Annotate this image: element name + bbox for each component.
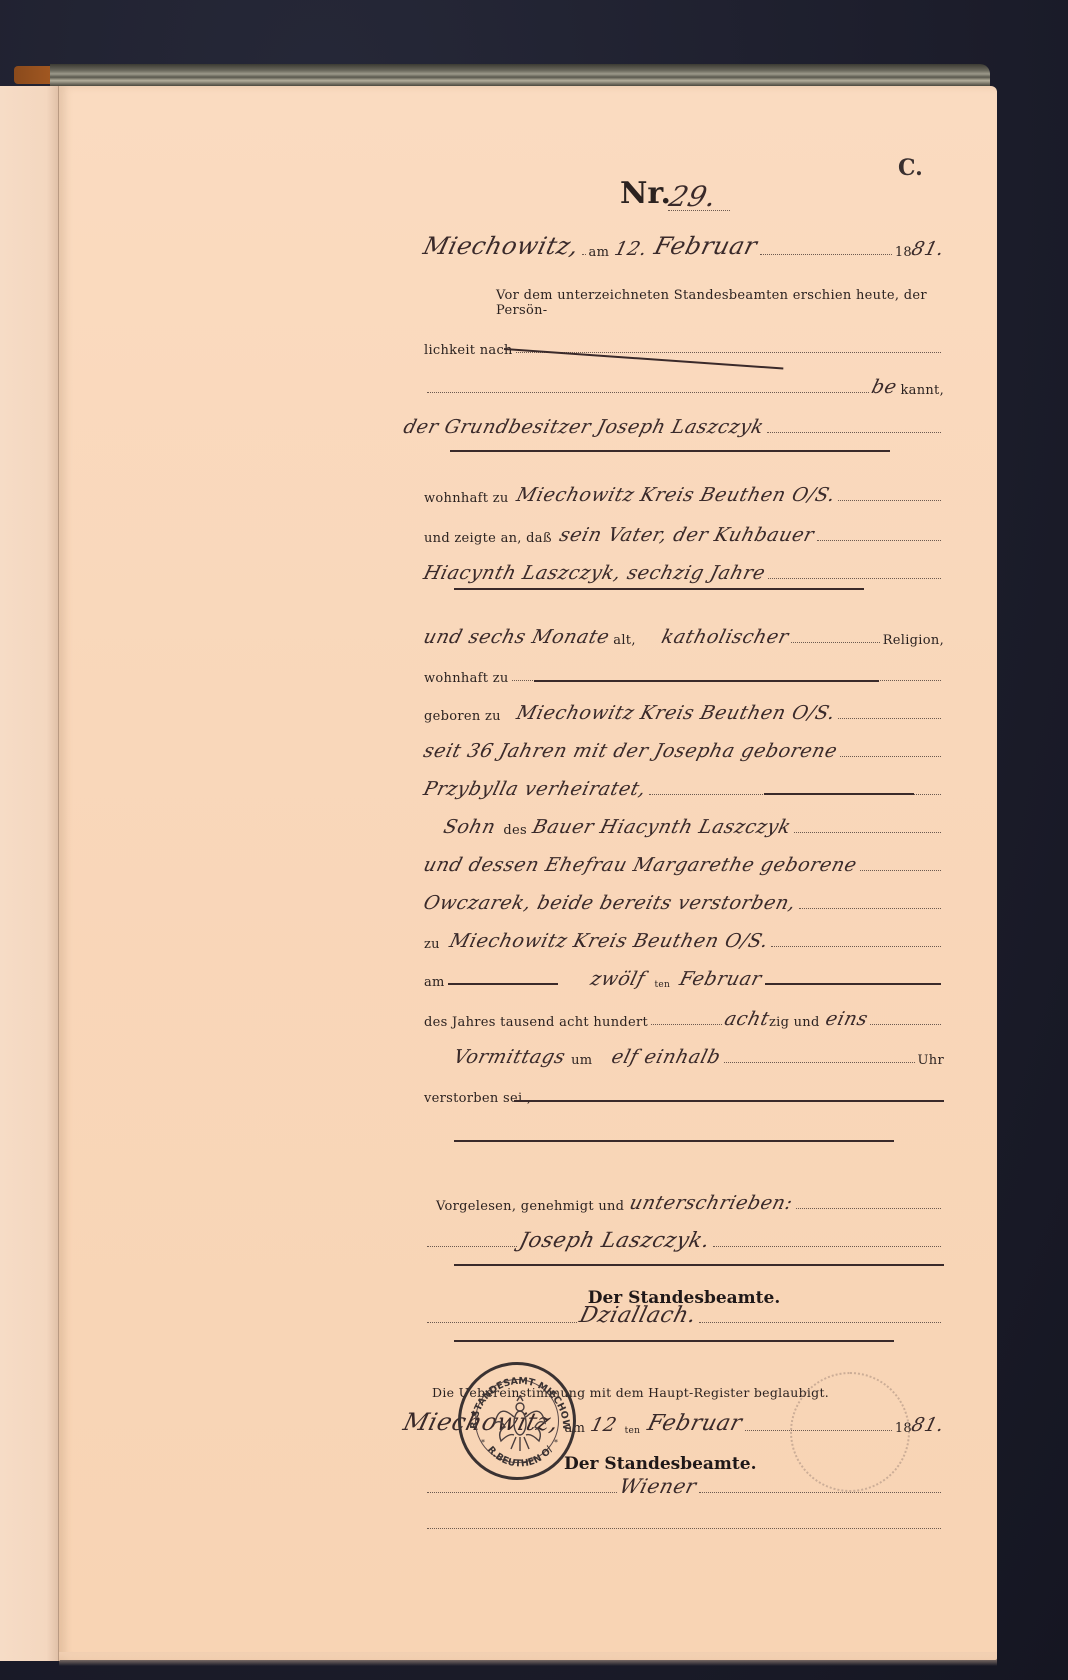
declarant-signature: Joseph Laszczyk. bbox=[517, 1228, 713, 1252]
svg-text:K.PR.STANDESAMT MIECHOWITZ: K.PR.STANDESAMT MIECHOWITZ bbox=[461, 1365, 571, 1431]
left-page-margin bbox=[0, 86, 60, 1661]
death-month: Februar bbox=[677, 968, 764, 990]
hand-text: eins bbox=[823, 1008, 870, 1030]
dots bbox=[838, 500, 941, 501]
line-declarant: der Grundbesitzer Joseph Laszczyk bbox=[424, 410, 944, 438]
rule bbox=[454, 1140, 894, 1142]
dots bbox=[840, 756, 941, 757]
cert-year-suffix: 81. bbox=[909, 1414, 947, 1436]
line-declarant-signature: Joseph Laszczyk. bbox=[424, 1224, 944, 1252]
line-age-religion: und sechs Monate alt, katholischer Relig… bbox=[424, 620, 944, 648]
dots bbox=[427, 1528, 941, 1529]
rule bbox=[454, 588, 864, 590]
line-marriage: seit 36 Jahren mit der Josepha geborene bbox=[424, 734, 944, 762]
print-text: Religion, bbox=[883, 633, 944, 648]
death-day: zwölf bbox=[588, 968, 647, 990]
hand-text: Owczarek, beide bereits verstorben, bbox=[421, 892, 798, 914]
print-text: wohnhaft zu bbox=[424, 491, 509, 506]
hand-text: be bbox=[869, 376, 899, 398]
page-letter: C. bbox=[898, 155, 923, 181]
header-date-line: Miechowitz, am 12. Februar 18 81. bbox=[424, 232, 944, 260]
dots bbox=[427, 1322, 577, 1323]
dots bbox=[838, 718, 941, 719]
dots bbox=[771, 946, 941, 947]
dots bbox=[760, 254, 892, 255]
print-text: verstorben sei , bbox=[424, 1091, 531, 1106]
deceased-name: Hiacynth Laszczyk, sechzig Jahre bbox=[421, 562, 768, 584]
print-text: wohnhaft zu bbox=[424, 671, 509, 686]
line-personality: lichkeit nach bbox=[424, 330, 944, 358]
print-text: des Jahres tausend acht hundert bbox=[424, 1015, 648, 1030]
line-known: be kannt, bbox=[424, 370, 944, 398]
dots bbox=[817, 540, 941, 541]
line-death-place: zu Miechowitz Kreis Beuthen O/S. bbox=[424, 924, 944, 952]
rule bbox=[454, 1340, 894, 1342]
rule bbox=[454, 1264, 944, 1266]
print-text: alt, bbox=[613, 633, 635, 648]
dots bbox=[427, 1492, 617, 1493]
cert-day-suffix: ten bbox=[625, 1426, 641, 1436]
header-month: Februar bbox=[652, 232, 761, 260]
print-text: Vorgelesen, genehmigt und bbox=[436, 1199, 624, 1214]
dots bbox=[651, 1024, 722, 1025]
cert-month: Februar bbox=[645, 1411, 745, 1436]
dots bbox=[699, 1492, 941, 1493]
dots bbox=[791, 642, 879, 643]
hand-text: acht bbox=[722, 1008, 772, 1030]
print-text: am bbox=[424, 975, 445, 990]
entry-number-label: Nr. bbox=[620, 176, 671, 211]
dots bbox=[767, 432, 941, 433]
dots bbox=[870, 1024, 941, 1025]
hand-text: Sohn bbox=[441, 816, 498, 838]
header-year-suffix: 81. bbox=[909, 238, 947, 260]
death-hour: elf einhalb bbox=[610, 1046, 724, 1068]
header-am: am bbox=[589, 245, 610, 260]
line-read-approved: Vorgelesen, genehmigt und unterschrieben… bbox=[424, 1186, 944, 1214]
line-death-time: Vormittags um elf einhalb Uhr bbox=[424, 1040, 944, 1068]
official-signature: Dziallach. bbox=[577, 1303, 699, 1328]
line-married: Przybylla verheiratet, bbox=[424, 772, 944, 800]
print-text: geboren zu bbox=[424, 709, 501, 724]
cert-official-signature: Wiener bbox=[617, 1474, 699, 1498]
hand-text: Przybylla verheiratet, bbox=[421, 778, 648, 800]
dots bbox=[427, 392, 869, 393]
entry-number-dots bbox=[668, 210, 730, 211]
hand-text: und sechs Monate bbox=[421, 626, 612, 648]
print-text: zu bbox=[424, 937, 440, 952]
header-day: 12. bbox=[612, 238, 650, 260]
dots bbox=[794, 832, 941, 833]
official-seal-stamp: K.PR.STANDESAMT MIECHOWITZ KR.BEUTHEN O/… bbox=[458, 1362, 576, 1480]
hand-text: Miechowitz Kreis Beuthen O/S. bbox=[514, 702, 838, 724]
line-announced: und zeigte an, daß sein Vater, der Kuhba… bbox=[424, 518, 944, 546]
hand-text: Miechowitz Kreis Beuthen O/S. bbox=[514, 484, 838, 506]
declarant-name: der Grundbesitzer Joseph Laszczyk bbox=[401, 416, 766, 438]
line-birthplace: geboren zu Miechowitz Kreis Beuthen O/S. bbox=[424, 696, 944, 724]
line-mother: und dessen Ehefrau Margarethe geborene bbox=[424, 848, 944, 876]
header-place: Miechowitz, bbox=[421, 232, 583, 260]
svg-text:*: * bbox=[481, 1438, 485, 1447]
print-text: kannt, bbox=[900, 383, 944, 398]
print-text: um bbox=[571, 1053, 592, 1068]
dots bbox=[699, 1322, 941, 1323]
prussian-eagle-icon: K.PR.STANDESAMT MIECHOWITZ KR.BEUTHEN O/… bbox=[461, 1365, 579, 1483]
cert-day: 12 bbox=[588, 1414, 619, 1436]
line-deceased-name: Hiacynth Laszczyk, sechzig Jahre bbox=[424, 556, 944, 584]
rule bbox=[534, 680, 879, 682]
line-death-year: des Jahres tausend acht hundert acht zig… bbox=[424, 1002, 944, 1030]
print-text: und zeigte an, daß bbox=[424, 531, 552, 546]
line-death-date: am zwölf ten Februar bbox=[424, 962, 944, 990]
dots bbox=[768, 578, 941, 579]
dots bbox=[796, 1208, 941, 1209]
death-time-period: Vormittags bbox=[451, 1046, 568, 1068]
dots bbox=[582, 254, 586, 255]
dots bbox=[860, 870, 941, 871]
intro-text: Vor dem unterzeichneten Standesbeamten e… bbox=[496, 288, 944, 318]
dots bbox=[724, 1062, 915, 1063]
entry-number-value: 29. bbox=[666, 180, 721, 213]
dots bbox=[427, 1246, 517, 1247]
dots bbox=[713, 1246, 941, 1247]
dots bbox=[765, 983, 941, 985]
line-mother-maiden: Owczarek, beide bereits verstorben, bbox=[424, 886, 944, 914]
line-cert-blank bbox=[424, 1506, 944, 1534]
dots bbox=[799, 908, 941, 909]
intro-line: Vor dem unterzeichneten Standesbeamten e… bbox=[424, 290, 944, 318]
print-text: lichkeit nach bbox=[424, 343, 513, 358]
death-place: Miechowitz Kreis Beuthen O/S. bbox=[447, 930, 771, 952]
rule bbox=[450, 450, 890, 452]
line-residence: wohnhaft zu Miechowitz Kreis Beuthen O/S… bbox=[424, 478, 944, 506]
page-bottom-edge bbox=[59, 1652, 997, 1666]
hand-text: seit 36 Jahren mit der Josepha geborene bbox=[421, 740, 840, 762]
hand-text: sein Vater, der Kuhbauer bbox=[557, 524, 816, 546]
mother-name: und dessen Ehefrau Margarethe geborene bbox=[421, 854, 859, 876]
print-text: zig und bbox=[769, 1015, 820, 1030]
line-son-of: Sohn des Bauer Hiacynth Laszczyk bbox=[424, 810, 944, 838]
father-name: Bauer Hiacynth Laszczyk bbox=[530, 816, 793, 838]
hand-text: unterschrieben: bbox=[628, 1192, 796, 1214]
line-official-signature: Dziallach. bbox=[424, 1300, 944, 1328]
faded-stamp-impression bbox=[790, 1372, 910, 1492]
dots bbox=[448, 983, 558, 985]
book-page-edges bbox=[50, 64, 990, 86]
religion: katholischer bbox=[659, 626, 791, 648]
print-text: Uhr bbox=[918, 1053, 944, 1068]
svg-text:*: * bbox=[554, 1438, 558, 1447]
rule bbox=[764, 793, 914, 795]
rule bbox=[514, 1100, 944, 1102]
seal-top-text: K.PR.STANDESAMT MIECHOWITZ bbox=[461, 1365, 571, 1431]
print-text: des bbox=[503, 823, 527, 838]
print-text: ten bbox=[655, 980, 671, 990]
